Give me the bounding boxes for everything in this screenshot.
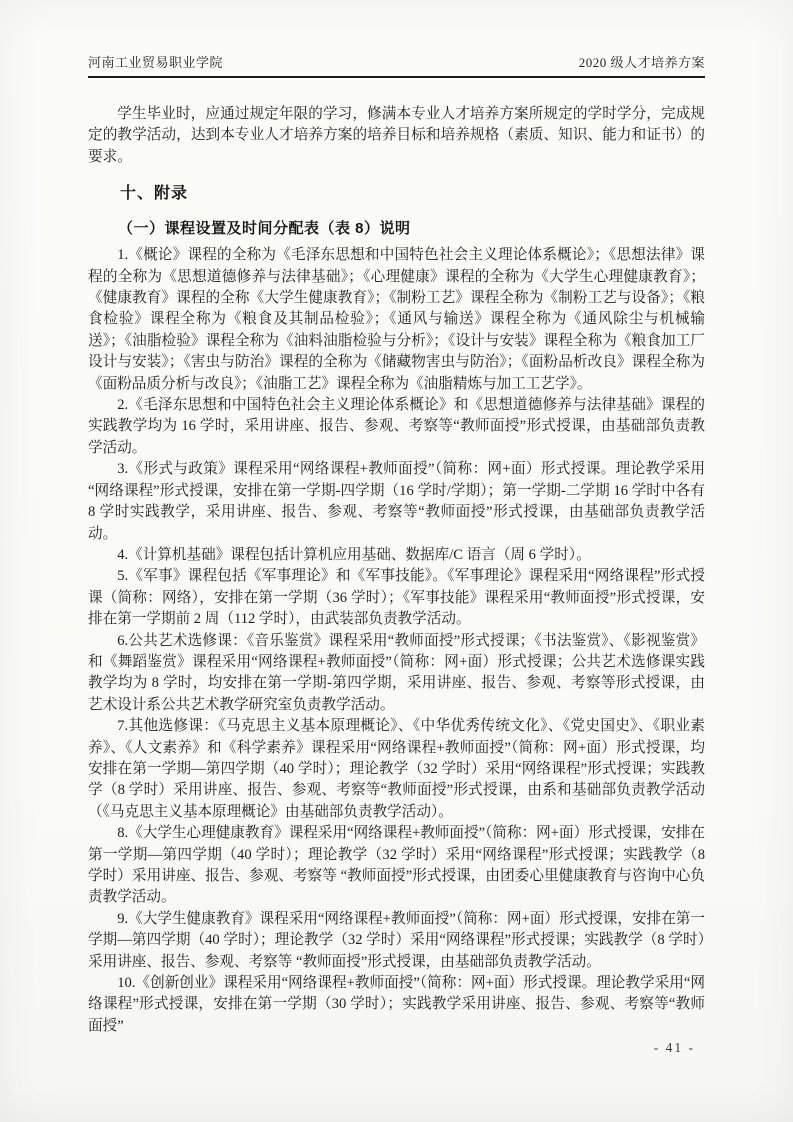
appendix-item-1: 1.《概论》课程的全称为《毛泽东思想和中国特色社会主义理论体系概论》；《思想法律…	[88, 245, 705, 395]
document-page: 河南工业贸易职业学院 2020 级人才培养方案 学生毕业时，应通过规定年限的学习…	[0, 0, 793, 1122]
appendix-item-8: 8.《大学生心理健康教育》课程采用“网络课程+教师面授”（简称：网+面）形式授课…	[88, 823, 705, 909]
appendix-item-6: 6.公共艺术选修课：《音乐鉴赏》课程采用“教师面授”形式授课；《书法鉴赏》、《影…	[88, 631, 705, 717]
intro-paragraph: 学生毕业时，应通过规定年限的学习，修满本专业人才培养方案所规定的学时学分，完成规…	[88, 104, 705, 168]
appendix-item-7: 7.其他选修课：《马克思主义基本原理概论》、《中华优秀传统文化》、《党史国史》、…	[88, 716, 705, 823]
header-plan-title: 2020 级人才培养方案	[579, 52, 705, 71]
header-school-name: 河南工业贸易职业学院	[88, 52, 223, 71]
section-title-appendix: 十、附录	[88, 180, 705, 203]
document-body: 学生毕业时，应通过规定年限的学习，修满本专业人才培养方案所规定的学时学分，完成规…	[88, 104, 705, 1037]
appendix-item-9: 9.《大学生健康教育》课程采用“网络课程+教师面授”（简称：网+面）形式授课，安…	[88, 909, 705, 973]
page-header: 河南工业贸易职业学院 2020 级人才培养方案	[88, 52, 705, 78]
appendix-item-4: 4.《计算机基础》课程包括计算机应用基础、数据库/C 语言（周 6 学时）。	[88, 545, 705, 566]
appendix-item-10: 10.《创新创业》课程采用“网络课程+教师面授”（简称：网+面）形式授课。理论教…	[88, 973, 705, 1037]
subsection-title-course-table-notes: （一）课程设置及时间分配表（表 8）说明	[88, 217, 705, 238]
page-number: - 41 -	[654, 1040, 695, 1056]
appendix-item-5: 5.《军事》课程包括《军事理论》和《军事技能》。《军事理论》课程采用“网络课程”…	[88, 566, 705, 630]
appendix-item-3: 3.《形式与政策》课程采用“网络课程+教师面授”（简称：网+面）形式授课。理论教…	[88, 459, 705, 545]
appendix-item-2: 2.《毛泽东思想和中国特色社会主义理论体系概论》和《思想道德修养与法律基础》课程…	[88, 395, 705, 459]
